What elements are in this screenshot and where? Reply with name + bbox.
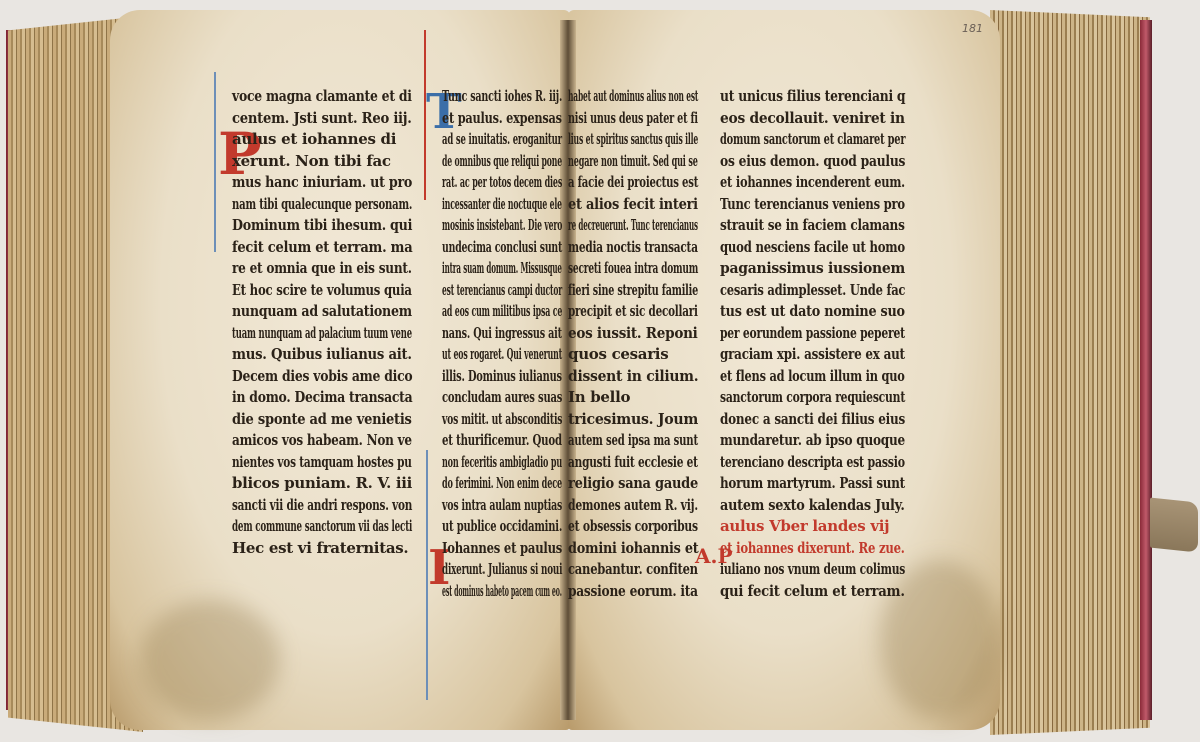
text-line: undecima conclusi sunt <box>442 237 517 259</box>
text-line: horum martyrum. Passi sunt <box>720 473 867 495</box>
text-line: aulus et iohannes di <box>232 129 412 151</box>
text-line: blicos puniam. R. V. iii <box>232 473 411 495</box>
text-line: xerunt. Non tibi fac <box>232 151 412 173</box>
text-line: autem sexto kalendas July. <box>720 495 878 517</box>
text-line: vos intra aulam nuptias <box>442 495 517 517</box>
text-line: domini iohannis et <box>568 538 679 560</box>
text-line: habet aut dominus alius non est <box>568 86 633 108</box>
folio-number: 181 <box>962 22 983 35</box>
text-line: nisi unus deus pater et fi <box>568 108 651 130</box>
text-line: iuliano nos vnum deum colimus <box>720 559 852 581</box>
text-line: religio sana gaude <box>568 473 681 495</box>
text-line: os eius demon. quod paulus <box>720 151 871 173</box>
text-line: illis. Dominus iulianus <box>442 366 521 388</box>
text-line: et alios fecit interi <box>568 194 681 216</box>
text-line: qui fecit celum et terram. <box>720 581 884 603</box>
text-line: sancti vii die andri respons. von <box>232 495 358 517</box>
text-line: Dominum tibi ihesum. qui <box>232 215 384 237</box>
marginal-rubric-mark: A.P <box>695 544 733 568</box>
text-line: est dominus habeto pacem cum eo. <box>442 581 492 603</box>
text-line: non feceritis ambigladio pu <box>442 452 506 474</box>
text-line: paganissimus iussionem <box>720 258 892 280</box>
text-line: cesaris adimplesset. Unde fac <box>720 280 862 302</box>
text-line: nientes vos tamquam hostes pu <box>232 452 358 474</box>
text-line: mus hanc iniuriam. ut pro <box>232 172 384 194</box>
text-line: Tunc terencianus veniens pro <box>720 194 863 216</box>
text-line: graciam xpi. assistere ex aut <box>720 344 868 366</box>
text-line: vos mitit. ut absconditis <box>442 409 516 431</box>
text-line: voce magna clamante et di <box>232 86 381 108</box>
text-line: et iohannes incenderent eum. <box>720 172 861 194</box>
text-line: Decem dies vobis ame dico <box>232 366 381 388</box>
text-line: lius et spiritus sanctus quis ille <box>568 129 635 151</box>
text-line: passione eorum. ita <box>568 581 674 603</box>
right-column-2: ut unicus filius terenciani qeos decolla… <box>720 86 905 602</box>
text-line: per eorundem passione peperet <box>720 323 853 345</box>
text-line: aulus Vber landes vij <box>720 516 905 538</box>
text-line: dixerunt. Julianus si noui <box>442 559 512 581</box>
text-line: dissent in cilium. <box>568 366 689 388</box>
text-line: secreti fouea intra domum <box>568 258 646 280</box>
text-line: In bello <box>568 387 698 409</box>
text-line: est terencianus campi ductor <box>442 280 503 302</box>
text-line: precipit et sic decollari <box>568 301 658 323</box>
text-line: fecit celum et terram. ma <box>232 237 389 259</box>
text-line: nunquam ad salutationem <box>232 301 383 323</box>
text-line: concludam aures suas <box>442 387 522 409</box>
initial-flourish <box>214 72 216 252</box>
text-line: mus. Quibus iulianus ait. <box>232 344 391 366</box>
text-line: ut unicus filius terenciani q <box>720 86 872 108</box>
text-line: et obsessis corporibus <box>568 516 661 538</box>
text-line: canebantur. confiten <box>568 559 668 581</box>
text-line: et iohannes dixerunt. Re zue. <box>720 538 864 560</box>
text-line: quod nesciens facile ut homo <box>720 237 864 259</box>
text-line: die sponte ad me venietis <box>232 409 389 431</box>
text-line: terenciano descripta est passio <box>720 452 855 474</box>
text-line: a facie dei proiectus est <box>568 172 656 194</box>
text-line: eos iussit. Reponi <box>568 323 685 345</box>
right-cover-edge <box>1140 20 1152 720</box>
text-line: incessanter die noctuque ele <box>442 194 504 216</box>
text-line: nans. Qui ingressus ait <box>442 323 519 345</box>
text-line: et paulus. expensas <box>442 108 533 130</box>
text-line: negare non timuit. Sed qui se <box>568 151 638 173</box>
text-line: amicos vos habeam. Non ve <box>232 430 377 452</box>
text-line: tricesimus. Joum <box>568 409 690 431</box>
text-line: quos cesaris <box>568 344 698 366</box>
text-line: in domo. Decima transacta <box>232 387 381 409</box>
right-column-1: habet aut dominus alius non estnisi unus… <box>568 86 698 602</box>
text-line: mosinis insistebant. Die vero <box>442 215 503 237</box>
right-page-block <box>990 10 1150 735</box>
left-column-2: Tunc sancti iohes R. iij.et paulus. expe… <box>442 86 562 602</box>
text-line: mundaretur. ab ipso quoque <box>720 430 869 452</box>
text-line: ad se inuitatis. eroganitur <box>442 129 510 151</box>
text-line: et thurificemur. Quod <box>442 430 523 452</box>
text-line: Iohannes et paulus <box>442 538 535 560</box>
text-line: eos decollauit. veniret in <box>720 108 890 130</box>
text-line: tus est ut dato nomine suo <box>720 301 878 323</box>
text-line: ad eos cum militibus ipsa ce <box>442 301 505 323</box>
text-line: domum sanctorum et clamaret per <box>720 129 841 151</box>
water-stain <box>140 600 280 720</box>
text-line: demones autem R. vij. <box>568 495 662 517</box>
manuscript-photo: 181 P voce magna clamante et dicentem. J… <box>0 0 1200 742</box>
text-line: de omnibus que reliqui pone <box>442 151 504 173</box>
text-line: Tunc sancti iohes R. iij. <box>442 86 518 108</box>
text-line: sanctorum corpora requiescunt <box>720 387 853 409</box>
text-line: re decreuerunt. Tunc terencianus <box>568 215 630 237</box>
text-line: intra suam domum. Missusque <box>442 258 499 280</box>
text-line: rat. ac per totos decem dies <box>442 172 506 194</box>
text-line: donec a sancti dei filius eius <box>720 409 868 431</box>
text-line: ut eos rogaret. Qui venerunt <box>442 344 504 366</box>
text-line: angusti fuit ecclesie et <box>568 452 659 474</box>
text-line: tuam nunquam ad palacium tuum vene <box>232 323 333 345</box>
left-column-1: voce magna clamante et dicentem. Jsti su… <box>232 86 412 559</box>
text-line: nam tibi qualecunque personam. <box>232 194 353 216</box>
text-line: dem commune sanctorum vii das lecti <box>232 516 337 538</box>
text-line: Hec est vi fraternitas. <box>232 538 412 560</box>
text-line: ut publice occidamini. <box>442 516 522 538</box>
text-line: strauit se in faciem clamans <box>720 215 869 237</box>
text-line: re et omnia que in eis sunt. <box>232 258 377 280</box>
text-line: autem sed ipsa ma sunt <box>568 430 656 452</box>
text-line: do ferimini. Non enim dece <box>442 473 507 495</box>
bookmark-tab <box>1150 497 1198 552</box>
text-line: media noctis transacta <box>568 237 659 259</box>
text-line: et flens ad locum illum in quo <box>720 366 860 388</box>
text-line: fieri sine strepitu familie <box>568 280 651 302</box>
text-line: Et hoc scire te volumus quia <box>232 280 372 302</box>
text-line: centem. Jsti sunt. Reo iij. <box>232 108 390 130</box>
